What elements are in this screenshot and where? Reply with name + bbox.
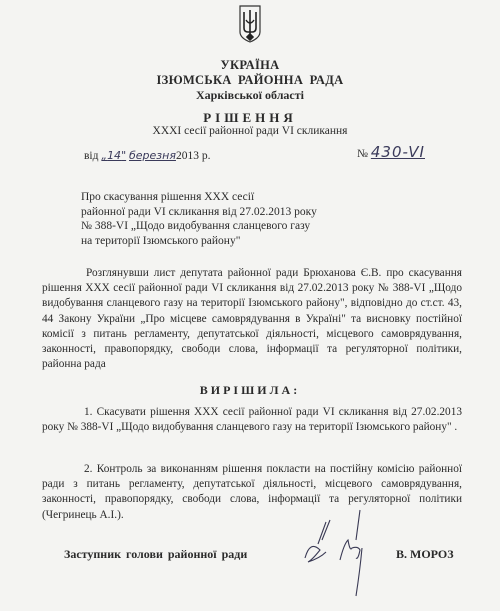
subject-line: районної ради VI скликання від 27.02.201…: [81, 205, 317, 220]
decision-date: від „14" березня2013 р.: [84, 149, 210, 162]
date-year: 2013 р.: [176, 150, 211, 162]
council-heading: ІЗЮМСЬКА РАЙОННА РАДА: [0, 73, 500, 88]
subject-line: № 388-VI „Щодо видобування сланцевого га…: [81, 219, 317, 234]
item-text: 2. Контроль за виконанням рішення поклас…: [42, 463, 462, 521]
preamble-paragraph: Розглянувши лист депутата районної ради …: [42, 266, 462, 372]
number-prefix: №: [357, 148, 368, 160]
session-subtitle: XXXI сесії районної ради VI скликання: [0, 125, 500, 137]
signatory-name: В. МОРОЗ: [396, 547, 454, 562]
resolution-item-1: 1. Скасувати рішення XXX сесії районної …: [42, 405, 462, 435]
preamble-text: Розглянувши лист депутата районної ради …: [42, 267, 462, 370]
item-text: 1. Скасувати рішення XXX сесії районної …: [42, 406, 462, 433]
trident-coat-of-arms-icon: [238, 4, 262, 44]
handwritten-signature-icon: [300, 500, 380, 600]
document-page: УКРАЇНА ІЗЮМСЬКА РАЙОННА РАДА Харківсько…: [0, 0, 500, 611]
date-prefix: від: [84, 150, 98, 162]
document-type-title: РІШЕННЯ: [0, 110, 500, 126]
date-day: 14: [107, 149, 121, 162]
decided-heading: ВИРІШИЛА:: [0, 383, 500, 398]
decision-subject: Про скасування рішення XXX сесії районно…: [81, 190, 317, 248]
date-month: березня: [129, 149, 176, 162]
region-heading: Харківської області: [0, 88, 500, 103]
subject-line: на території Ізюмського району": [81, 234, 317, 249]
decision-number: № 430-VI: [357, 143, 425, 161]
resolution-item-2: 2. Контроль за виконанням рішення поклас…: [42, 462, 462, 523]
signatory-role: Заступник голови районної ради: [64, 547, 247, 562]
subject-line: Про скасування рішення XXX сесії: [81, 190, 317, 205]
country-heading: УКРАЇНА: [0, 58, 500, 73]
number-value: 430-VI: [371, 143, 425, 161]
